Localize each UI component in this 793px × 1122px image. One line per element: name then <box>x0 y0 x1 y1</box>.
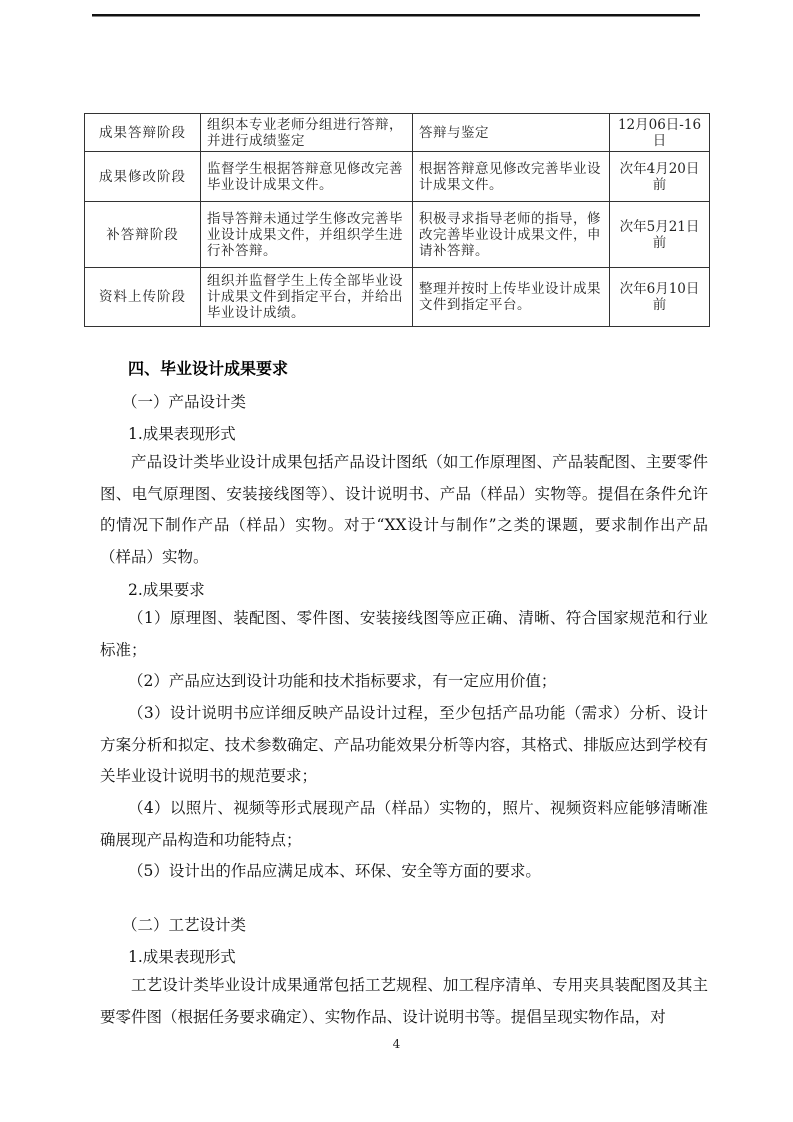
subsection-title: （二）工艺设计类 <box>122 913 246 935</box>
table-row: 成果修改阶段 监督学生根据答辩意见修改完善毕业设计成果文件。 根据答辩意见修改完… <box>85 152 710 202</box>
requirement-item: （1）原理图、装配图、零件图、安装接线图等应正确、清晰、符合国家规范和行业标准； <box>100 603 708 666</box>
teacher-task-cell: 组织本专业老师分组进行答辩，并进行成绩鉴定 <box>201 114 413 152</box>
subsection-title: （一）产品设计类 <box>122 390 246 412</box>
page-number: 4 <box>0 1037 793 1051</box>
date-cell: 次年6月10日前 <box>610 268 710 327</box>
teacher-task-cell: 组织并监督学生上传全部毕业设计成果文件到指定平台，并给出毕业设计成绩。 <box>201 268 413 327</box>
schedule-table: 成果答辩阶段 组织本专业老师分组进行答辩，并进行成绩鉴定 答辩与鉴定 12月06… <box>84 113 710 327</box>
teacher-task-cell: 监督学生根据答辩意见修改完善毕业设计成果文件。 <box>201 152 413 202</box>
paragraph: 产品设计类毕业设计成果包括产品设计图纸（如工作原理图、产品装配图、主要零件图、电… <box>100 447 708 573</box>
requirement-item: （4）以照片、视频等形式展现产品（样品）实物的，照片、视频资料应能够清晰准确展现… <box>100 793 708 856</box>
date-cell: 次年5月21日前 <box>610 202 710 268</box>
date-cell: 次年4月20日前 <box>610 152 710 202</box>
item-title: 2.成果要求 <box>128 578 205 600</box>
requirement-item: （3）设计说明书应详细反映产品设计过程，至少包括产品功能（需求）分析、设计方案分… <box>100 698 708 793</box>
table-row: 补答辩阶段 指导答辩未通过学生修改完善毕业设计成果文件，并组织学生进行补答辩。 … <box>85 202 710 268</box>
student-task-cell: 积极寻求指导老师的指导，修改完善毕业设计成果文件，申请补答辩。 <box>413 202 610 268</box>
requirement-item: （5）设计出的作品应满足成本、环保、安全等方面的要求。 <box>100 856 708 888</box>
teacher-task-cell: 指导答辩未通过学生修改完善毕业设计成果文件，并组织学生进行补答辩。 <box>201 202 413 268</box>
section-heading: 四、毕业设计成果要求 <box>128 356 288 379</box>
stage-cell: 成果答辩阶段 <box>85 114 201 152</box>
paragraph: 工艺设计类毕业设计成果通常包括工艺规程、加工程序清单、专用夹具装配图及其主要零件… <box>100 970 708 1033</box>
stage-cell: 资料上传阶段 <box>85 268 201 327</box>
table-row: 成果答辩阶段 组织本专业老师分组进行答辩，并进行成绩鉴定 答辩与鉴定 12月06… <box>85 114 710 152</box>
item-title: 1.成果表现形式 <box>128 422 236 444</box>
item-title: 1.成果表现形式 <box>128 945 236 967</box>
student-task-cell: 根据答辩意见修改完善毕业设计成果文件。 <box>413 152 610 202</box>
requirement-item: （2）产品应达到设计功能和技术指标要求，有一定应用价值； <box>100 666 708 698</box>
student-task-cell: 答辩与鉴定 <box>413 114 610 152</box>
header-rule <box>92 14 700 17</box>
date-cell: 12月06日-16日 <box>610 114 710 152</box>
table-row: 资料上传阶段 组织并监督学生上传全部毕业设计成果文件到指定平台，并给出毕业设计成… <box>85 268 710 327</box>
stage-cell: 补答辩阶段 <box>85 202 201 268</box>
student-task-cell: 整理并按时上传毕业设计成果文件到指定平台。 <box>413 268 610 327</box>
stage-cell: 成果修改阶段 <box>85 152 201 202</box>
